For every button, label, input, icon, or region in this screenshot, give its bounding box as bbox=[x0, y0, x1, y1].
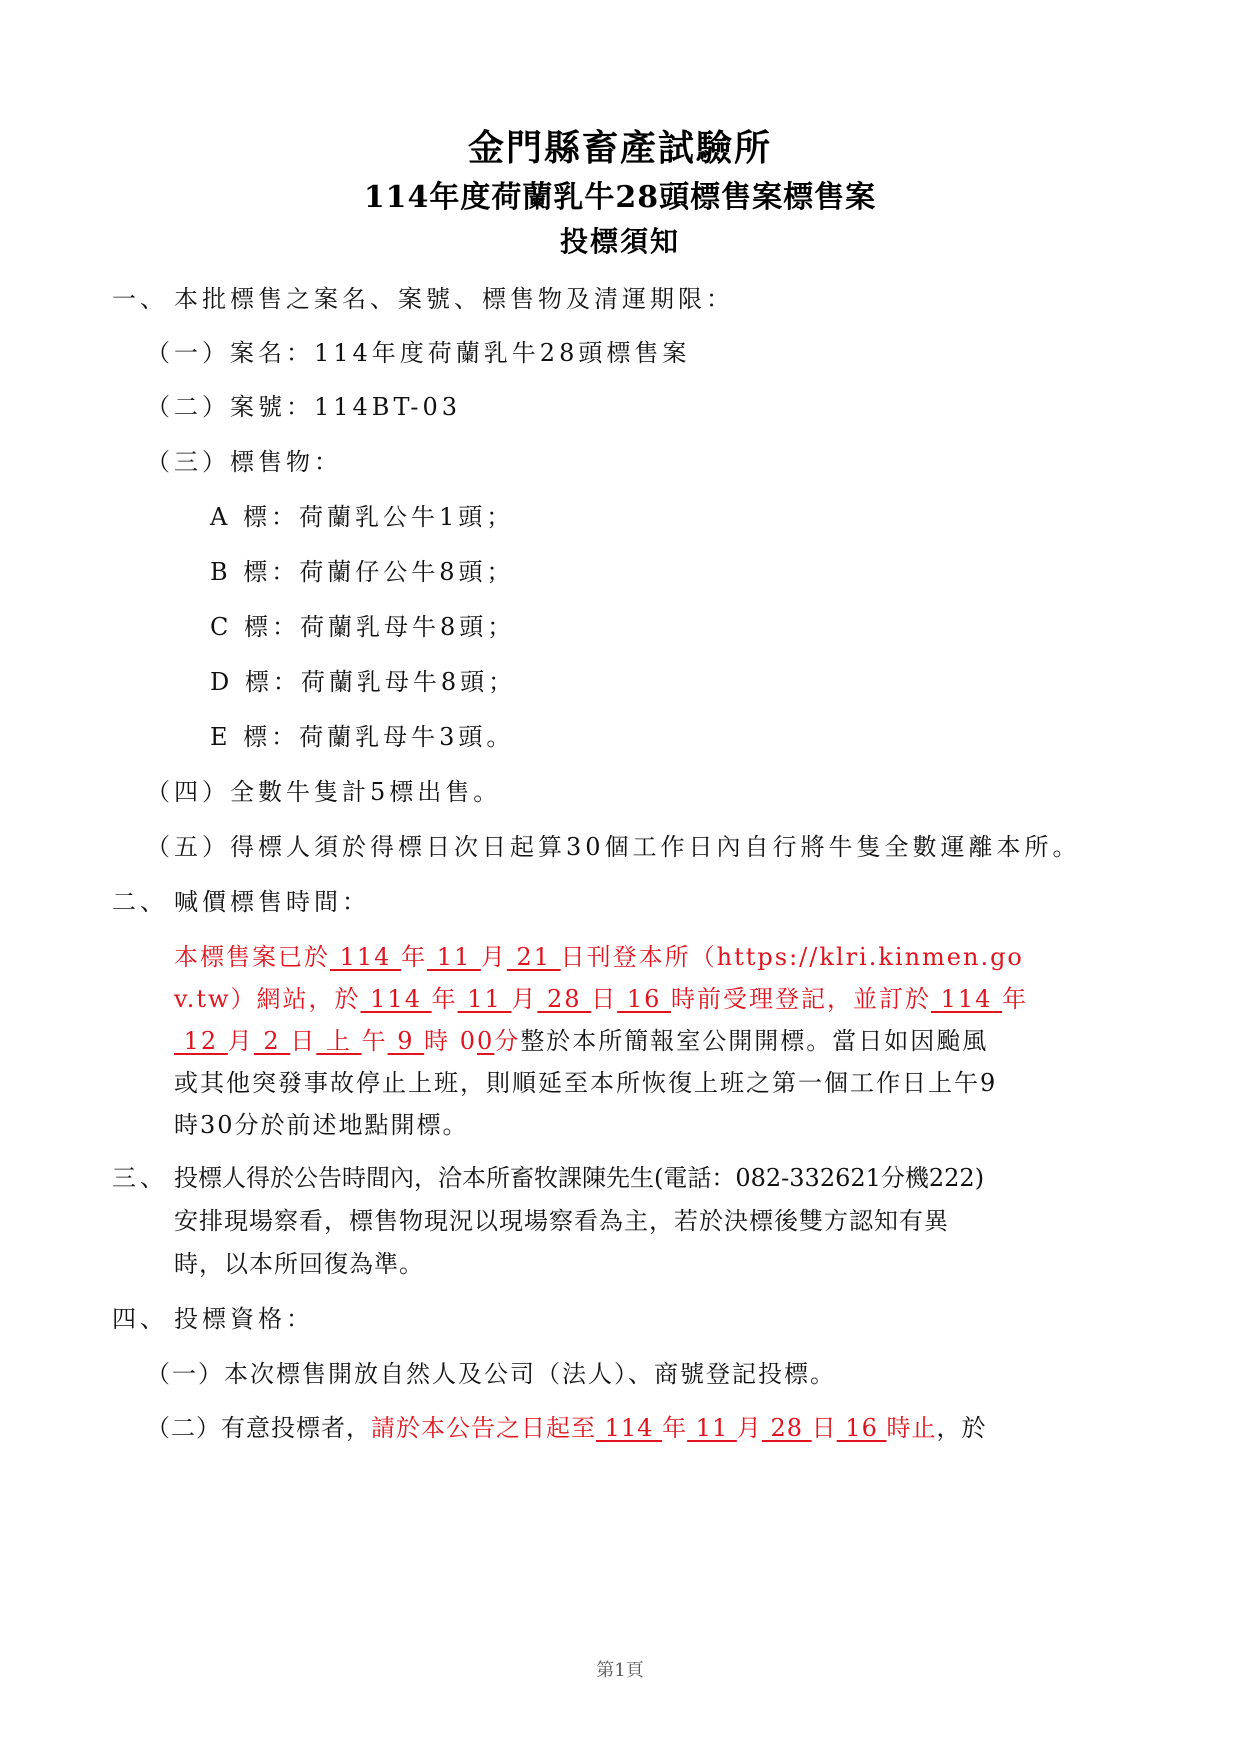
text: 本標售案已於 bbox=[174, 943, 330, 971]
opening-ampm: 上 bbox=[316, 1027, 361, 1055]
text: 年 bbox=[1002, 985, 1028, 1013]
publish-month: 11 bbox=[427, 943, 481, 971]
publish-year: 114 bbox=[330, 943, 401, 971]
section-4-heading: 投標資格： bbox=[174, 1304, 314, 1334]
lots-count-item: （四）全數牛隻計5標出售。 bbox=[146, 777, 501, 807]
section-4-label: 四、 bbox=[112, 1304, 168, 1334]
lots-heading: （三）標售物： bbox=[146, 447, 342, 477]
lot-c: C 標：荷蘭乳母牛8頭； bbox=[210, 612, 515, 642]
eligibility-item-1: （一）本次標售開放自然人及公司（法人）、商號登記投標。 bbox=[146, 1359, 836, 1389]
text: 月 bbox=[511, 985, 537, 1013]
deadline-year: 114 bbox=[596, 1414, 662, 1442]
auction-schedule-line-4: 或其他突發事故停止上班，則順延至本所恢復上班之第一個工作日上午9 bbox=[174, 1068, 997, 1098]
text: 日 bbox=[591, 985, 617, 1013]
opening-hour: 9 bbox=[388, 1027, 425, 1055]
registration-month: 11 bbox=[458, 985, 512, 1013]
text: 年 bbox=[662, 1414, 687, 1442]
text: 年 bbox=[401, 943, 427, 971]
publish-day: 21 bbox=[507, 943, 561, 971]
text: 月 bbox=[737, 1414, 762, 1442]
text: 月 bbox=[228, 1027, 254, 1055]
registration-hour: 16 bbox=[617, 985, 671, 1013]
section-2-label: 二、 bbox=[112, 887, 168, 917]
removal-deadline-item: （五）得標人須於得標日次日起算30個工作日內自行將牛隻全數運離本所。 bbox=[146, 832, 1081, 862]
opening-day: 2 bbox=[254, 1027, 291, 1055]
site-visit-line-2: 安排現場察看，標售物現況以現場察看為主，若於決標後雙方認知有異 bbox=[174, 1206, 949, 1236]
text: 請於本公告之日起至 bbox=[371, 1414, 596, 1442]
text: 月 bbox=[481, 943, 507, 971]
text: 整於本所簡報室公開開標。當日如因颱風 bbox=[520, 1027, 988, 1055]
text: 時止 bbox=[886, 1414, 936, 1442]
auction-schedule-line-3: 12 月 2 日 上 午 9 時 00分整於本所簡報室公開開標。當日如因颱風 bbox=[174, 1026, 988, 1056]
deadline-hour: 16 bbox=[837, 1414, 887, 1442]
text: 午 bbox=[362, 1027, 388, 1055]
section-3-label: 三、 bbox=[112, 1163, 168, 1193]
section-2-heading: 喊價標售時間： bbox=[174, 887, 370, 917]
auction-schedule-line-1: 本標售案已於 114 年 11 月 21 日刊登本所（https://klri.… bbox=[174, 942, 1024, 972]
case-title: 114年度荷蘭乳牛28頭標售案標售案 bbox=[0, 172, 1240, 216]
website-text: 日刊登本所（https://klri.kinmen.go bbox=[561, 943, 1024, 971]
text: v.tw）網站，於 bbox=[174, 985, 361, 1013]
text: 日 bbox=[290, 1027, 316, 1055]
page-number: 第1頁 bbox=[0, 1656, 1240, 1682]
section-1-label: 一、 bbox=[112, 284, 168, 314]
deadline-month: 11 bbox=[687, 1414, 737, 1442]
text: ，於 bbox=[936, 1414, 986, 1442]
deadline-day: 28 bbox=[762, 1414, 812, 1442]
text: 日 bbox=[812, 1414, 837, 1442]
lot-e: E 標：荷蘭乳母牛3頭。 bbox=[210, 722, 514, 752]
case-number-item: （二）案號：114BT-03 bbox=[146, 392, 461, 422]
text: （二）有意投標者， bbox=[146, 1414, 371, 1442]
auction-schedule-line-2: v.tw）網站，於 114 年 11 月 28 日 16 時前受理登記，並訂於 … bbox=[174, 984, 1028, 1014]
registration-year: 114 bbox=[361, 985, 432, 1013]
text: 分 bbox=[494, 1027, 520, 1055]
case-name-item: （一）案名：114年度荷蘭乳牛28頭標售案 bbox=[146, 338, 690, 368]
site-visit-line-3: 時，以本所回復為準。 bbox=[174, 1249, 424, 1279]
registration-day: 28 bbox=[537, 985, 591, 1013]
opening-year: 114 bbox=[931, 985, 1002, 1013]
opening-month: 12 bbox=[174, 1027, 228, 1055]
lot-d: D 標：荷蘭乳母牛8頭； bbox=[210, 667, 516, 697]
opening-minute: 0 bbox=[477, 1027, 494, 1055]
site-visit-line-1: 投標人得於公告時間內，洽本所畜牧課陳先生(電話：082-332621分機222) bbox=[174, 1163, 984, 1193]
section-1-heading: 本批標售之案名、案號、標售物及清運期限： bbox=[174, 284, 734, 314]
lot-b: B 標：荷蘭仔公牛8頭； bbox=[210, 557, 515, 587]
auction-schedule-line-5: 時30分於前述地點開標。 bbox=[174, 1110, 469, 1140]
lot-a: A 標：荷蘭乳公牛1頭； bbox=[210, 502, 514, 532]
text: 時前受理登記，並訂於 bbox=[671, 985, 931, 1013]
doc-title: 投標須知 bbox=[0, 220, 1240, 260]
eligibility-item-2: （二）有意投標者，請於本公告之日起至 114 年 11 月 28 日 16 時止… bbox=[146, 1413, 986, 1443]
org-title: 金門縣畜產試驗所 bbox=[0, 120, 1240, 171]
text: 時 0 bbox=[424, 1027, 477, 1055]
text: 年 bbox=[432, 985, 458, 1013]
